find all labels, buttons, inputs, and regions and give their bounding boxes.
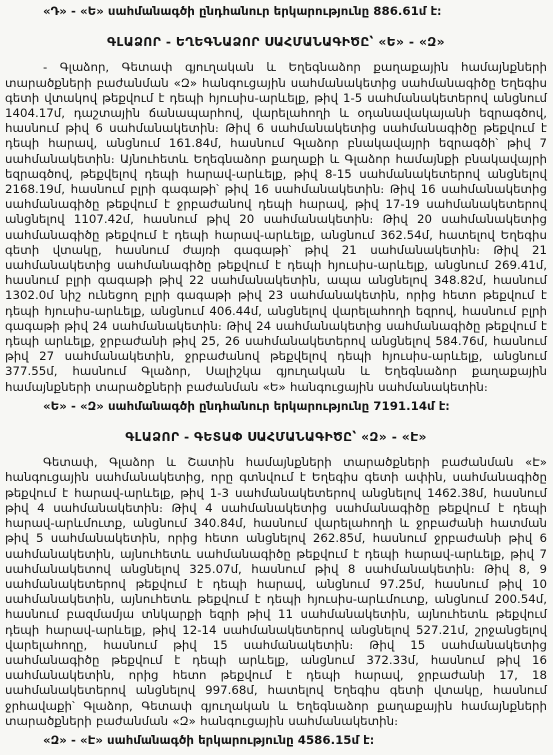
section-heading-gladzor-yeghegnadzor: ԳԼԱՁՈՐ - ԵՂԵԳՆԱՁՈՐ ՍԱՀՄԱՆԱԳԻԾԸ՝ «Ե» - «Զ… (5, 34, 547, 49)
boundary-description-gladzor-yeghegnadzor: - Գլաձոր, Գետափ գյուղական և Եղեգնաձոր քա… (5, 60, 547, 394)
boundary-length-summary-z-e: «Զ» - «Է» սահմանագծի երկարությունը 4586.… (5, 733, 547, 748)
section-heading-gladzor-getap: ԳԼԱՁՈՐ - ԳԵՏԱՓ ՍԱՀՄԱՆԱԳԻԾԸ՝ «Զ» - «Է» (5, 429, 547, 444)
document-page: «Դ» - «Ե» սահմանագծի ընդհանուր երկարությ… (0, 0, 553, 755)
boundary-length-summary-e-z: «Ե» - «Զ» սահմանագծի ընդհանուր երկարությ… (5, 399, 547, 414)
boundary-length-summary-d-e: «Դ» - «Ե» սահմանագծի ընդհանուր երկարությ… (5, 4, 547, 19)
boundary-description-gladzor-getap: Գետափ, Գլաձոր և Շատին համայնքների տարածք… (5, 455, 547, 729)
